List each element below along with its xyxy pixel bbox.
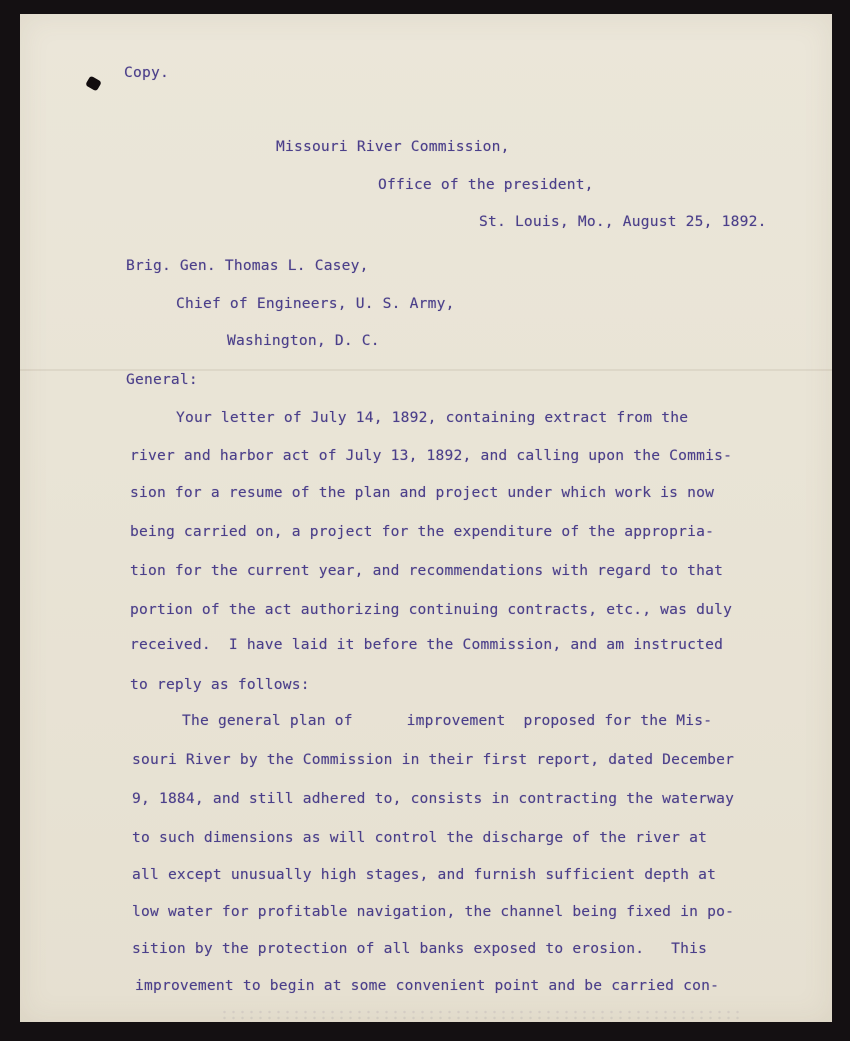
body-line: souri River by the Commission in their f… [132, 751, 734, 768]
punch-hole-icon [85, 75, 102, 91]
addressee-name: Brig. Gen. Thomas L. Casey, [126, 257, 369, 274]
body-line: sion for a resume of the plan and projec… [130, 484, 714, 501]
letterhead-office: Office of the president, [378, 176, 594, 193]
body-line: all except unusually high stages, and fu… [132, 866, 716, 883]
body-line: The general plan of improvement proposed… [182, 712, 712, 729]
body-line: river and harbor act of July 13, 1892, a… [130, 447, 732, 464]
addressee-title: Chief of Engineers, U. S. Army, [176, 295, 455, 312]
letter-page: Copy. Missouri River Commission, Office … [20, 14, 832, 1022]
addressee-location: Washington, D. C. [227, 332, 380, 349]
body-line: low water for profitable navigation, the… [132, 903, 734, 920]
copy-mark: Copy. [124, 64, 169, 81]
body-line: to reply as follows: [130, 676, 310, 693]
body-line: to such dimensions as will control the d… [132, 829, 707, 846]
body-line: improvement to begin at some convenient … [135, 977, 719, 994]
body-line: 9, 1884, and still adhered to, consists … [132, 790, 734, 807]
body-line: sition by the protection of all banks ex… [132, 940, 707, 957]
salutation: General: [126, 371, 198, 388]
body-line: being carried on, a project for the expe… [130, 523, 714, 540]
body-line: portion of the act authorizing continuin… [130, 601, 732, 618]
ink-bleed-through [220, 1009, 740, 1023]
letterhead-organization: Missouri River Commission, [276, 138, 510, 155]
body-line: received. I have laid it before the Comm… [130, 636, 723, 653]
body-line: tion for the current year, and recommend… [130, 562, 723, 579]
body-line: Your letter of July 14, 1892, containing… [176, 409, 688, 426]
scan-frame: Copy. Missouri River Commission, Office … [0, 0, 850, 1041]
letterhead-place-date: St. Louis, Mo., August 25, 1892. [479, 213, 767, 230]
